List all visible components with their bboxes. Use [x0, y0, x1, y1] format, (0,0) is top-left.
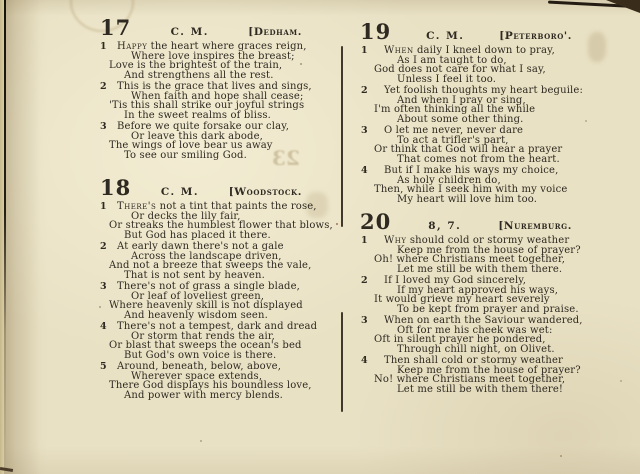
- left-column: 17C. M.[Dedham.1Happy the heart where gr…: [84, 18, 330, 402]
- verse: 3There's not of grass a single blade,Or …: [84, 282, 330, 320]
- verse: 2Yet foolish thoughts my heart beguile:A…: [354, 86, 606, 124]
- hymn-header: 19C. M.[Peterboro'.: [354, 22, 606, 42]
- hymn-tune-name: [Woodstock.: [229, 186, 302, 198]
- verse: 1Why should cold or stormy weatherKeep m…: [354, 236, 606, 274]
- right-column: 19C. M.[Peterboro'.1When daily I kneel d…: [354, 22, 606, 396]
- verse-number: 2: [100, 242, 107, 252]
- verse-number: 2: [361, 86, 368, 96]
- verse: 3When on earth the Saviour wandered,Oft …: [354, 316, 606, 354]
- verse: 2This is the grace that lives and sings,…: [84, 82, 330, 120]
- verse-line: To be kept from prayer and praise.: [397, 305, 606, 315]
- verse-number: 3: [361, 316, 368, 326]
- verse: 3Before we quite forsake our clay,Or lea…: [84, 122, 330, 160]
- verse-line: Let me still be with them there!: [397, 385, 606, 395]
- verse: 2At early dawn there's not a galeAcross …: [84, 242, 330, 280]
- verse-line: Through chill night, on Olivet.: [397, 345, 606, 355]
- hymn-meter: C. M.: [391, 30, 499, 42]
- hymn-tune-name: [Dedham.: [248, 26, 302, 38]
- verse: 1Happy the heart where graces reign,Wher…: [84, 42, 330, 80]
- column-divider-rule: [341, 46, 343, 227]
- hymn-meter: 8, 7.: [391, 220, 498, 232]
- verse-line: Let me still be with them there.: [397, 265, 606, 275]
- verse: 2If I loved my God sincerely,If my heart…: [354, 276, 606, 314]
- verse-line: But God's own voice is there.: [124, 351, 330, 361]
- verse-line: To see our smiling God.: [124, 151, 330, 161]
- verse-line: Unless I feel it too.: [397, 75, 606, 85]
- hymn-number: 18: [100, 178, 131, 198]
- verse-line: About some other thing.: [397, 115, 606, 125]
- verse-line: And strengthens all the rest.: [124, 71, 330, 81]
- verse-number: 4: [100, 322, 107, 332]
- hymn-number: 19: [360, 22, 391, 42]
- verse-number: 2: [100, 82, 107, 92]
- verse-line: That is not sent by heaven.: [124, 271, 330, 281]
- verse: 4There's not a tempest, dark and dreadOr…: [84, 322, 330, 360]
- page-corner-shadow: [606, 0, 640, 13]
- verse-number: 1: [361, 236, 368, 246]
- verse: 5Around, beneath, below, above,Wherever …: [84, 362, 330, 400]
- hymn-19: 19C. M.[Peterboro'.1When daily I kneel d…: [354, 22, 606, 204]
- verse-number: 1: [100, 42, 107, 52]
- verse-line: But God has placed it there.: [124, 231, 330, 241]
- hymn-tune-name: [Peterboro'.: [499, 30, 572, 42]
- verse-line: That comes not from the heart.: [397, 155, 606, 165]
- verse-number: 3: [361, 126, 368, 136]
- verse-number: 1: [361, 46, 368, 56]
- verse-line: And heavenly wisdom seen.: [124, 311, 330, 321]
- verse: 1There's not a tint that paints the rose…: [84, 202, 330, 240]
- verse: 3O let me never, never dareTo act a trif…: [354, 126, 606, 164]
- hymnal-page: 23 17C. M.[Dedham.1Happy the heart where…: [0, 0, 640, 474]
- hymn-header: 17C. M.[Dedham.: [84, 18, 330, 38]
- hymn-18: 18C. M.[Woodstock.1There's not a tint th…: [84, 178, 330, 400]
- binding-shadow: [6, 0, 40, 474]
- hymn-17: 17C. M.[Dedham.1Happy the heart where gr…: [84, 18, 330, 160]
- hymn-20: 208, 7.[Nuremburg.1Why should cold or st…: [354, 212, 606, 394]
- hymn-meter: C. M.: [131, 26, 248, 38]
- verse-line: In the sweet realms of bliss.: [124, 111, 330, 121]
- column-divider-rule: [341, 312, 343, 412]
- verse: 1When daily I kneel down to pray,As I am…: [354, 46, 606, 84]
- verse: 4Then shall cold or stormy weatherKeep m…: [354, 356, 606, 394]
- verse: 4But if I make his ways my choice,As hol…: [354, 166, 606, 204]
- hymn-number: 17: [100, 18, 131, 38]
- verse-number: 5: [100, 362, 107, 372]
- verse-number: 3: [100, 282, 107, 292]
- verse-number: 4: [361, 166, 368, 176]
- hymn-header: 18C. M.[Woodstock.: [84, 178, 330, 198]
- hymn-number: 20: [360, 212, 391, 232]
- verse-line: And power with mercy blends.: [124, 391, 330, 401]
- verse-number: 3: [100, 122, 107, 132]
- verse-line: My heart will love him too.: [397, 195, 606, 205]
- verse-number: 4: [361, 356, 368, 366]
- hymn-tune-name: [Nuremburg.: [498, 220, 572, 232]
- verse-number: 2: [361, 276, 368, 286]
- hymn-header: 208, 7.[Nuremburg.: [354, 212, 606, 232]
- verse-number: 1: [100, 202, 107, 212]
- hymn-meter: C. M.: [131, 186, 228, 198]
